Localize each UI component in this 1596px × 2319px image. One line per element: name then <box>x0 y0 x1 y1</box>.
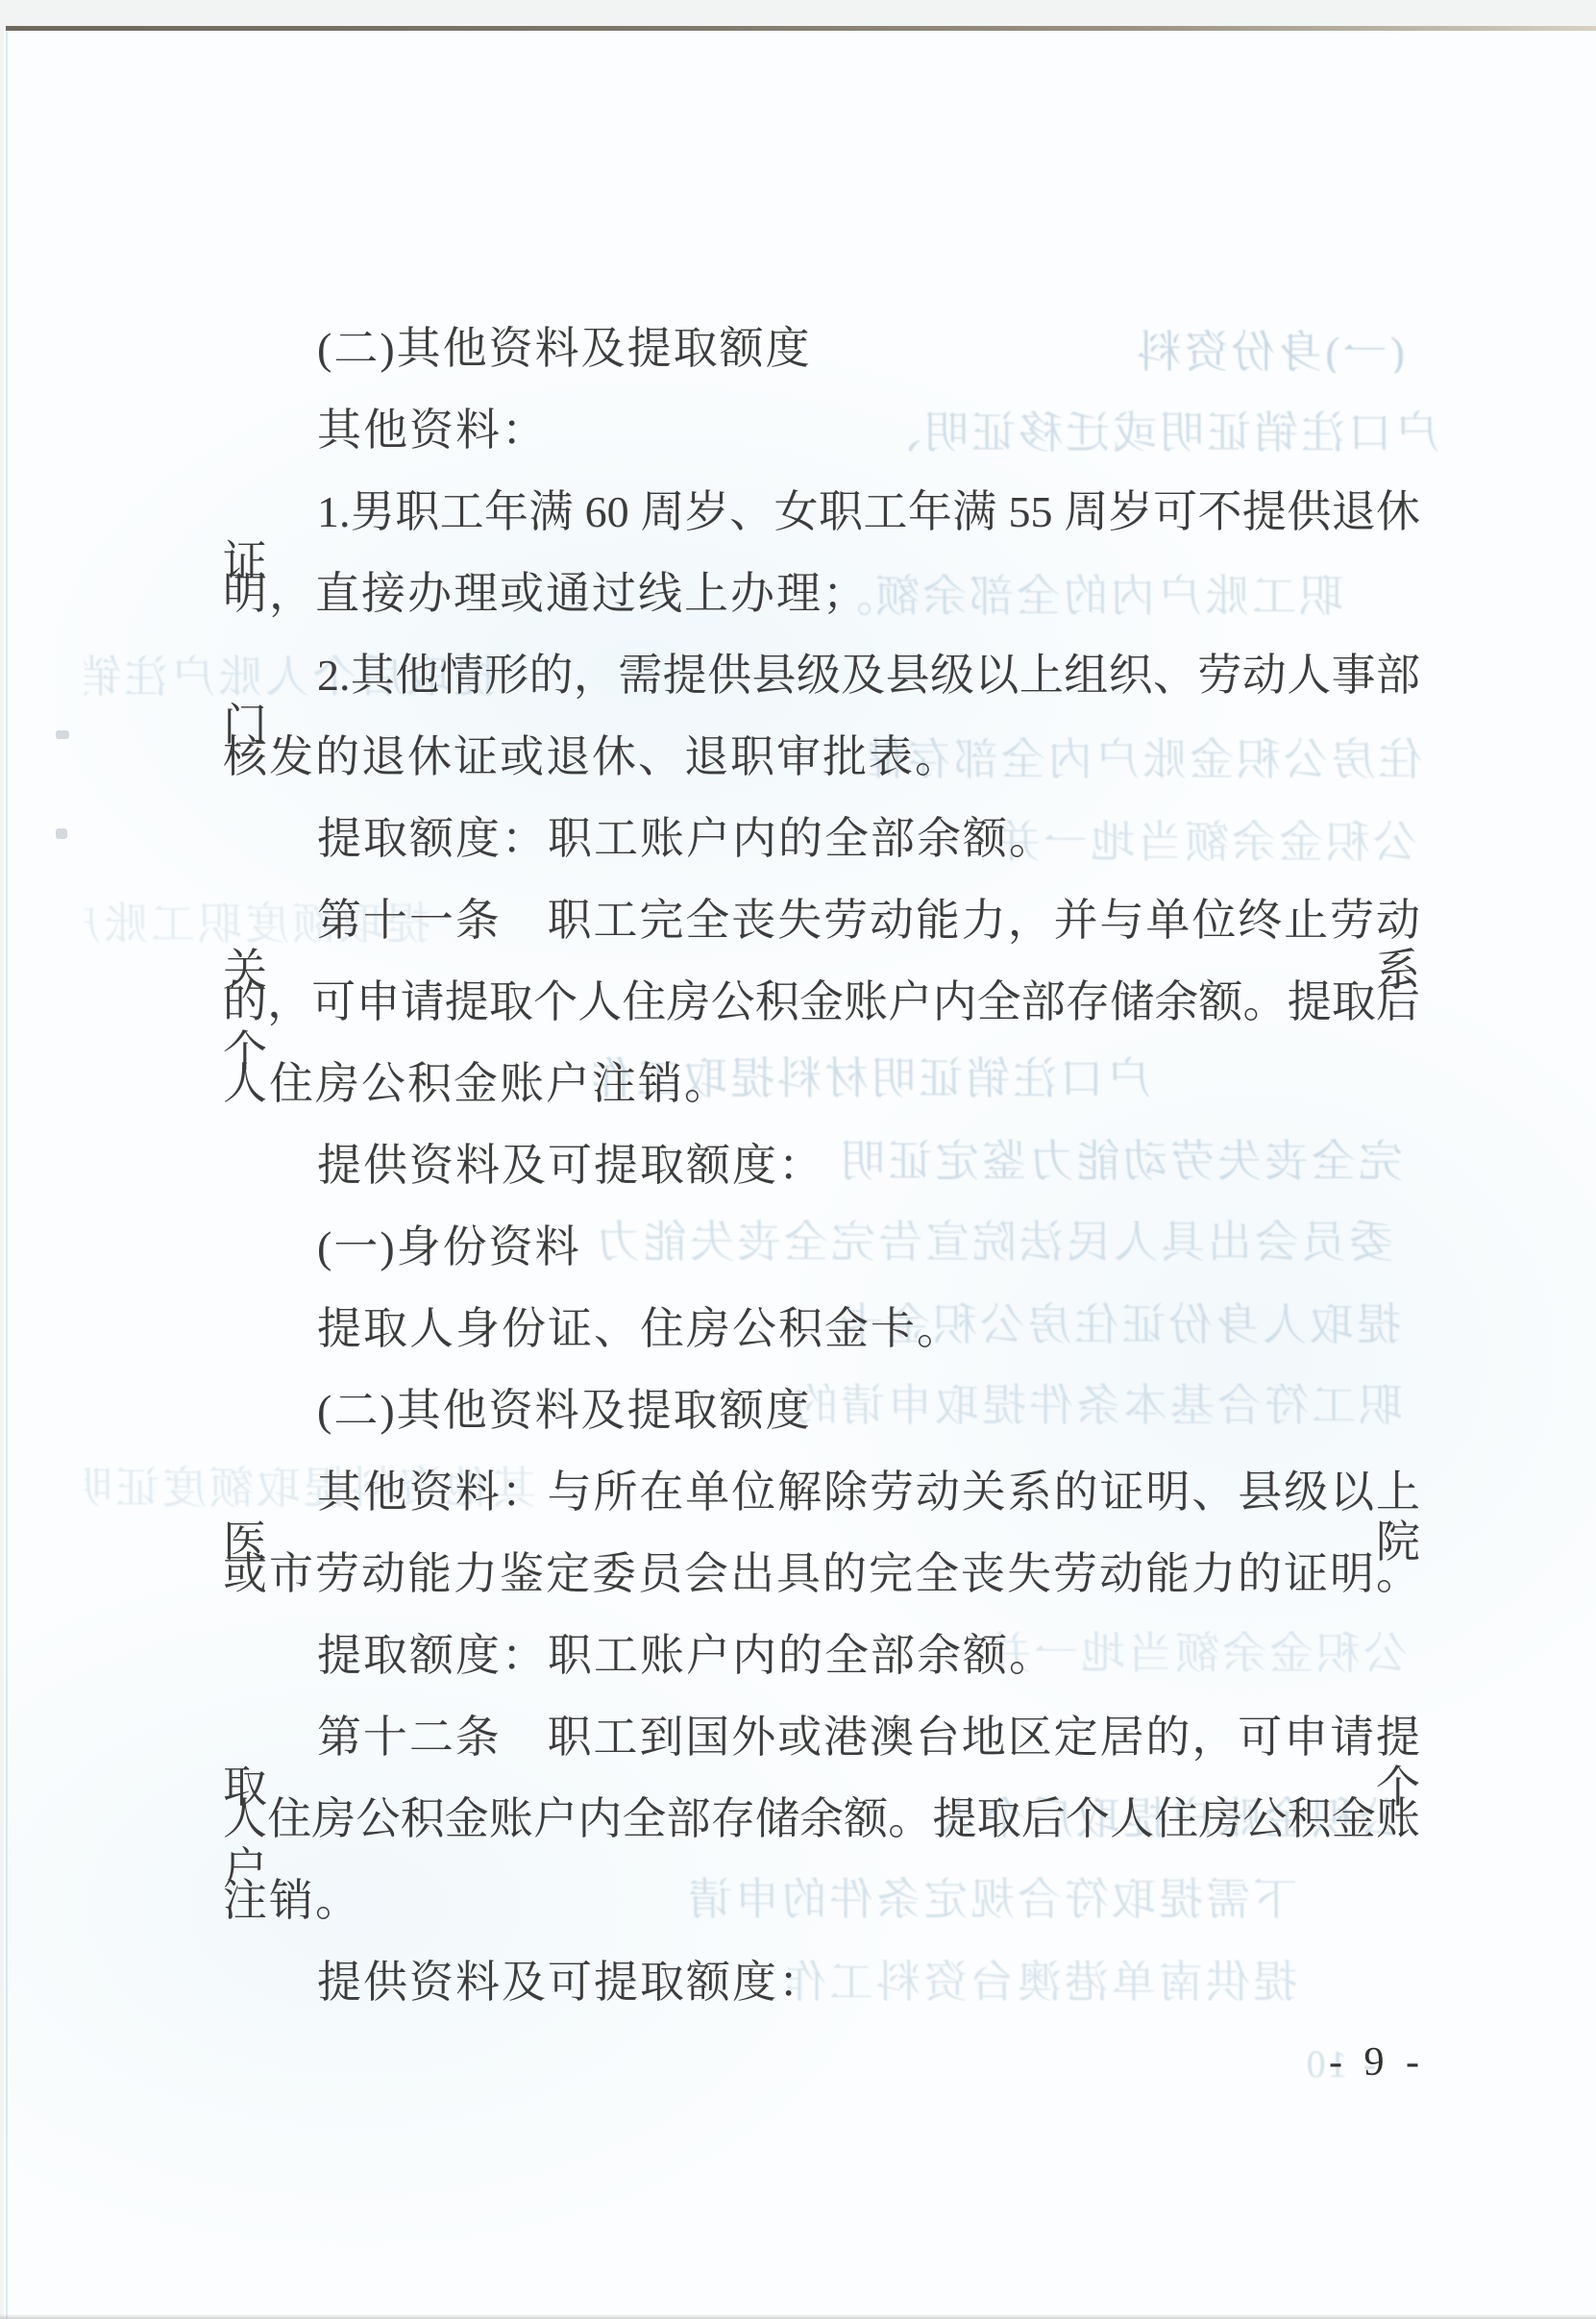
text-line: 提取人身份证、住房公积金卡。 <box>223 1304 1420 1354</box>
scan-speck <box>56 828 67 839</box>
paper-bottom-edge-shadow <box>0 2314 1596 2319</box>
text-line: 核发的退休证或退休、退职审批表。 <box>223 732 1420 782</box>
paper-left-edge-line <box>6 32 8 2319</box>
scanner-background-strip <box>0 0 1596 27</box>
scan-speck <box>56 730 69 739</box>
text-line: 明，直接办理或通过线上办理； <box>223 569 1420 619</box>
text-line: 提供资料及可提取额度： <box>223 1141 1420 1191</box>
text-line: 提供资料及可提取额度： <box>223 1958 1420 2008</box>
text-line: 提取额度：职工账户内的全部余额。 <box>223 814 1420 864</box>
text-line: (一)身份资料 <box>223 1222 1420 1272</box>
text-line: (二)其他资料及提取额度 <box>223 1386 1420 1436</box>
page-number: - 9 - <box>1329 2039 1425 2085</box>
text-line: 或市劳动能力鉴定委员会出具的完全丧失劳动能力的证明。 <box>223 1549 1420 1599</box>
text-line: (二)其他资料及提取额度 <box>223 324 1420 374</box>
text-line: 提取额度：职工账户内的全部余额。 <box>223 1631 1420 1681</box>
text-line: 注销。 <box>223 1876 1420 1926</box>
scanned-page: { "page": { "number_label": "- 9 -" }, "… <box>0 0 1596 2319</box>
text-line: 其他资料： <box>223 406 1420 456</box>
text-line: 人住房公积金账户注销。 <box>223 1059 1420 1109</box>
paper-top-edge-shadow <box>6 26 1596 31</box>
